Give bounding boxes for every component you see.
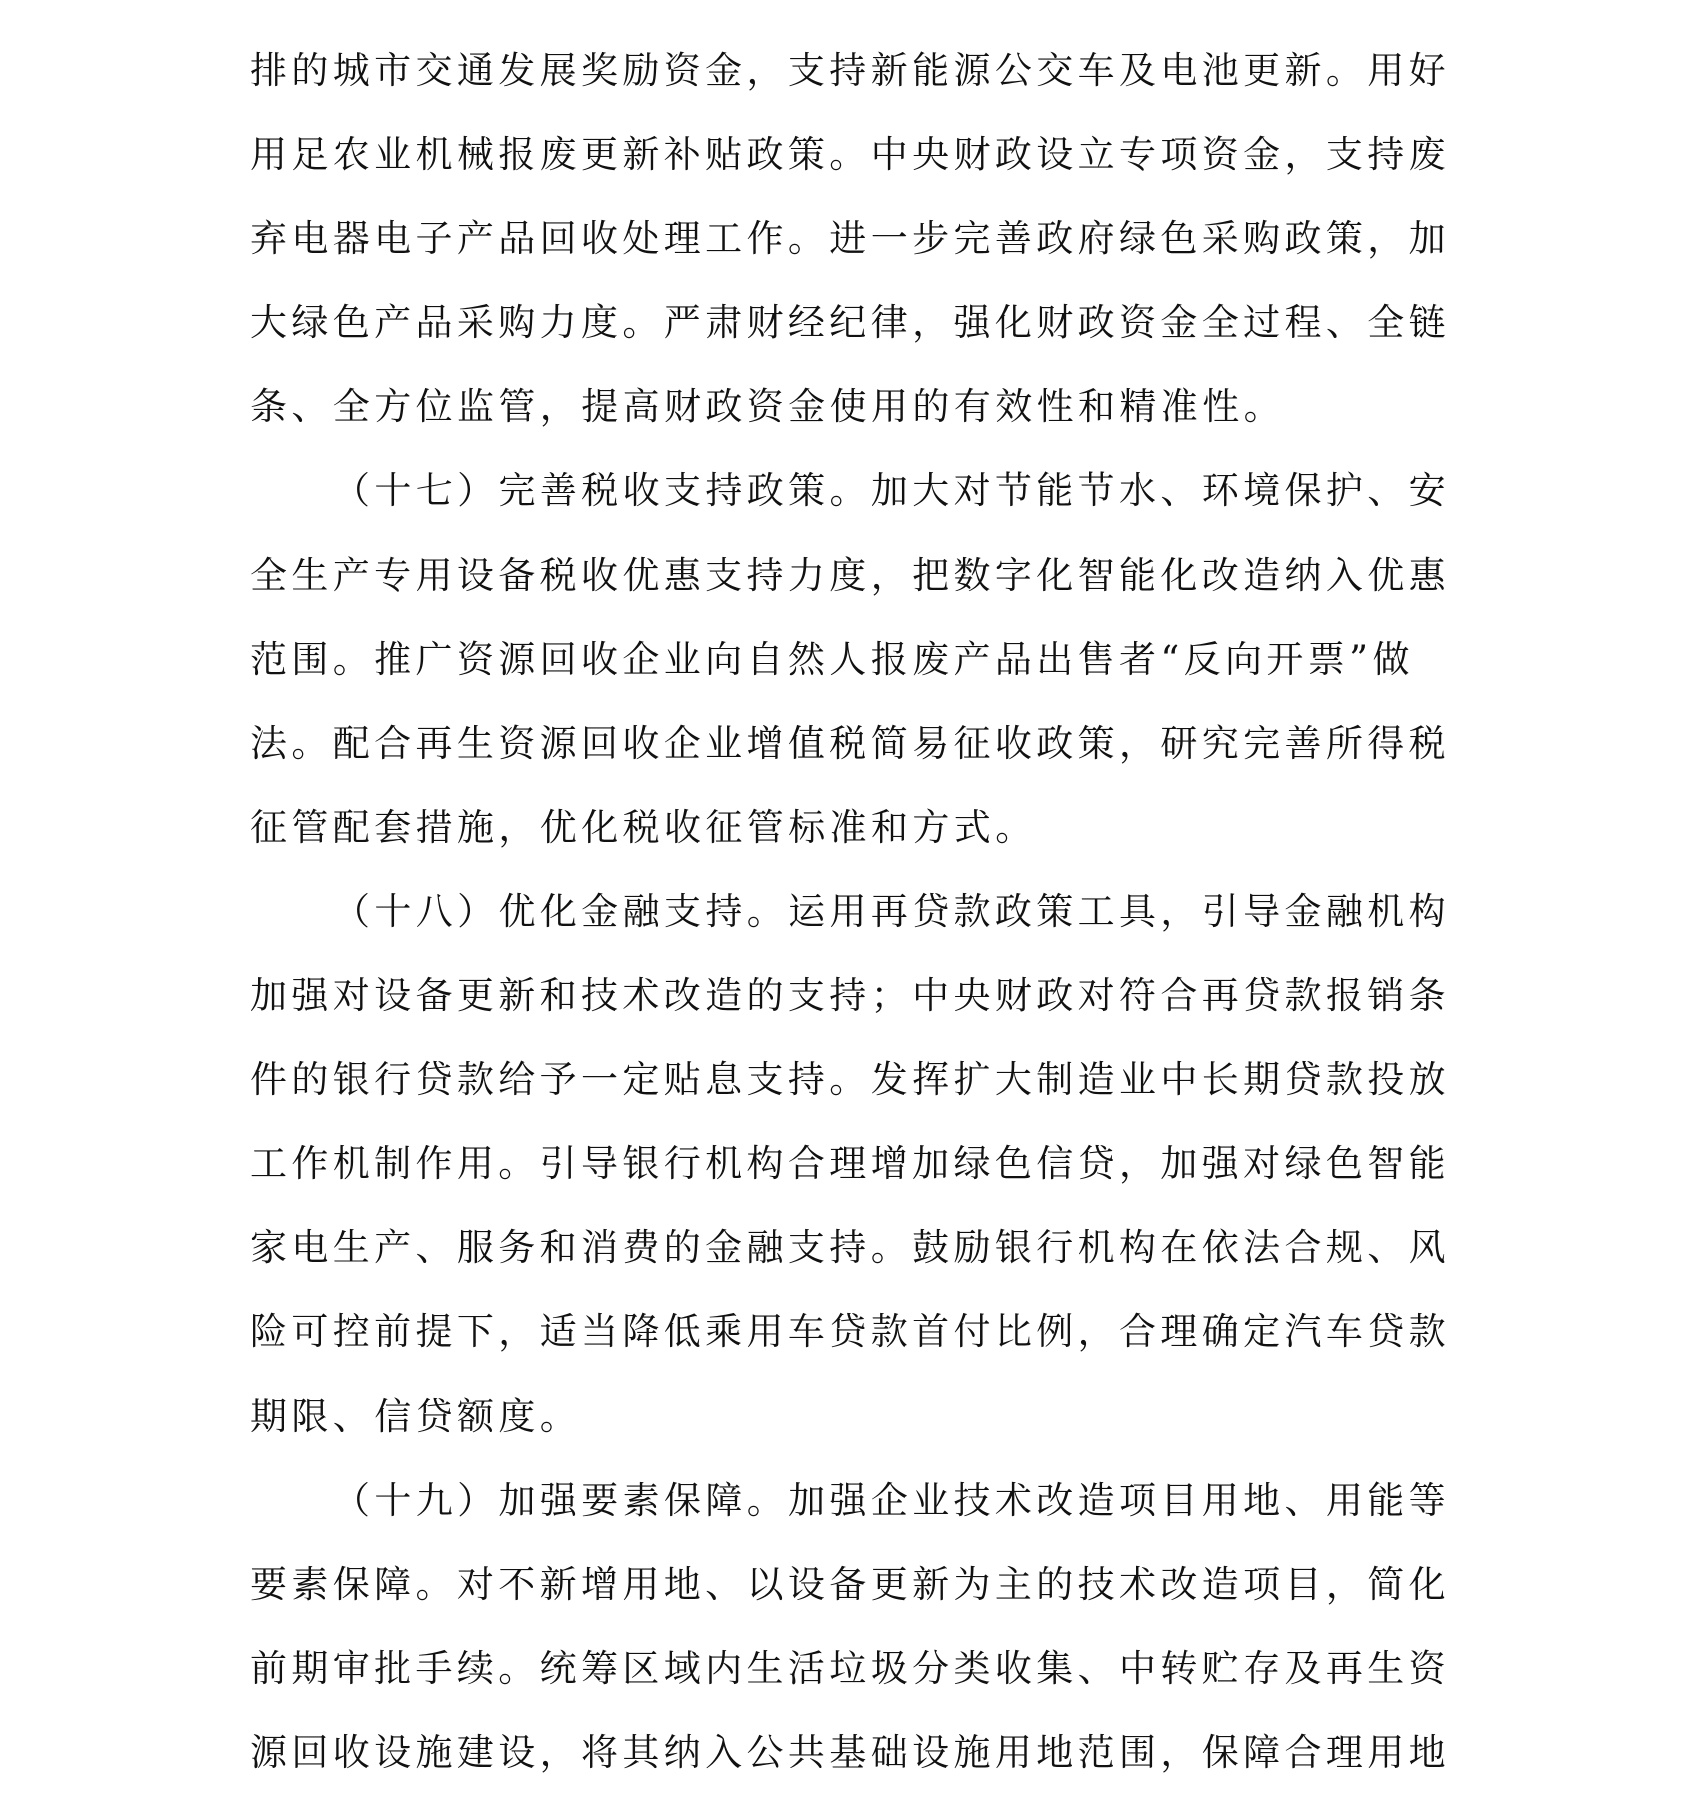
text-line: 征管配套措施，优化税收征管标准和方式。 [250, 786, 1450, 870]
text-line: 前期审批手续。统筹区域内生活垃圾分类收集、中转贮存及再生资 [250, 1627, 1450, 1711]
text-line: 要素保障。对不新增用地、以设备更新为主的技术改造项目，简化 [250, 1543, 1450, 1627]
text-line: 排的城市交通发展奖励资金，支持新能源公交车及电池更新。用好 [250, 29, 1450, 113]
text-line: 期限、信贷额度。 [250, 1375, 1450, 1459]
text-line: 件的银行贷款给予一定贴息支持。发挥扩大制造业中长期贷款投放 [250, 1038, 1450, 1122]
section-heading-19: （十九）加强要素保障。 [333, 1479, 788, 1522]
text-line: 家电生产、服务和消费的金融支持。鼓励银行机构在依法合规、风 [250, 1206, 1450, 1290]
section-heading-18: （十八）优化金融支持。 [333, 890, 788, 933]
document-page: 排的城市交通发展奖励资金，支持新能源公交车及电池更新。用好 用足农业机械报废更新… [0, 0, 1700, 1810]
paragraph-continuation: 排的城市交通发展奖励资金，支持新能源公交车及电池更新。用好 用足农业机械报废更新… [250, 29, 1450, 449]
text-line: 用足农业机械报废更新补贴政策。中央财政设立专项资金，支持废 [250, 113, 1450, 197]
text-line: 大绿色产品采购力度。严肃财经纪律，强化财政资金全过程、全链 [250, 281, 1450, 365]
paragraph-19: （十九）加强要素保障。加强企业技术改造项目用地、用能等 要素保障。对不新增用地、… [250, 1459, 1450, 1795]
text-line: 险可控前提下，适当降低乘用车贷款首付比例，合理确定汽车贷款 [250, 1290, 1450, 1374]
text-line: 弃电器电子产品回收处理工作。进一步完善政府绿色采购政策，加 [250, 197, 1450, 281]
text-run: 运用再贷款政策工具，引导金融机构 [788, 890, 1450, 933]
text-run: 加强企业技术改造项目用地、用能等 [788, 1479, 1450, 1522]
paragraph-17: （十七）完善税收支持政策。加大对节能节水、环境保护、安 全生产专用设备税收优惠支… [250, 449, 1450, 869]
text-run: 加大对节能节水、环境保护、安 [871, 469, 1450, 512]
document-body: 排的城市交通发展奖励资金，支持新能源公交车及电池更新。用好 用足农业机械报废更新… [250, 29, 1450, 1795]
paragraph-18: （十八）优化金融支持。运用再贷款政策工具，引导金融机构 加强对设备更新和技术改造… [250, 870, 1450, 1459]
text-line: 范围。推广资源回收企业向自然人报废产品出售者“反向开票”做 [250, 618, 1450, 702]
text-line: 源回收设施建设，将其纳入公共基础设施用地范围，保障合理用地 [250, 1711, 1450, 1795]
paragraph-first-line: （十八）优化金融支持。运用再贷款政策工具，引导金融机构 [250, 870, 1450, 954]
section-heading-17: （十七）完善税收支持政策。 [333, 469, 871, 512]
text-line: 条、全方位监管，提高财政资金使用的有效性和精准性。 [250, 365, 1450, 449]
text-line: 工作机制作用。引导银行机构合理增加绿色信贷，加强对绿色智能 [250, 1122, 1450, 1206]
paragraph-first-line: （十九）加强要素保障。加强企业技术改造项目用地、用能等 [250, 1459, 1450, 1543]
text-line: 加强对设备更新和技术改造的支持；中央财政对符合再贷款报销条 [250, 954, 1450, 1038]
paragraph-first-line: （十七）完善税收支持政策。加大对节能节水、环境保护、安 [250, 449, 1450, 533]
text-line: 法。配合再生资源回收企业增值税简易征收政策，研究完善所得税 [250, 702, 1450, 786]
text-line: 全生产专用设备税收优惠支持力度，把数字化智能化改造纳入优惠 [250, 534, 1450, 618]
